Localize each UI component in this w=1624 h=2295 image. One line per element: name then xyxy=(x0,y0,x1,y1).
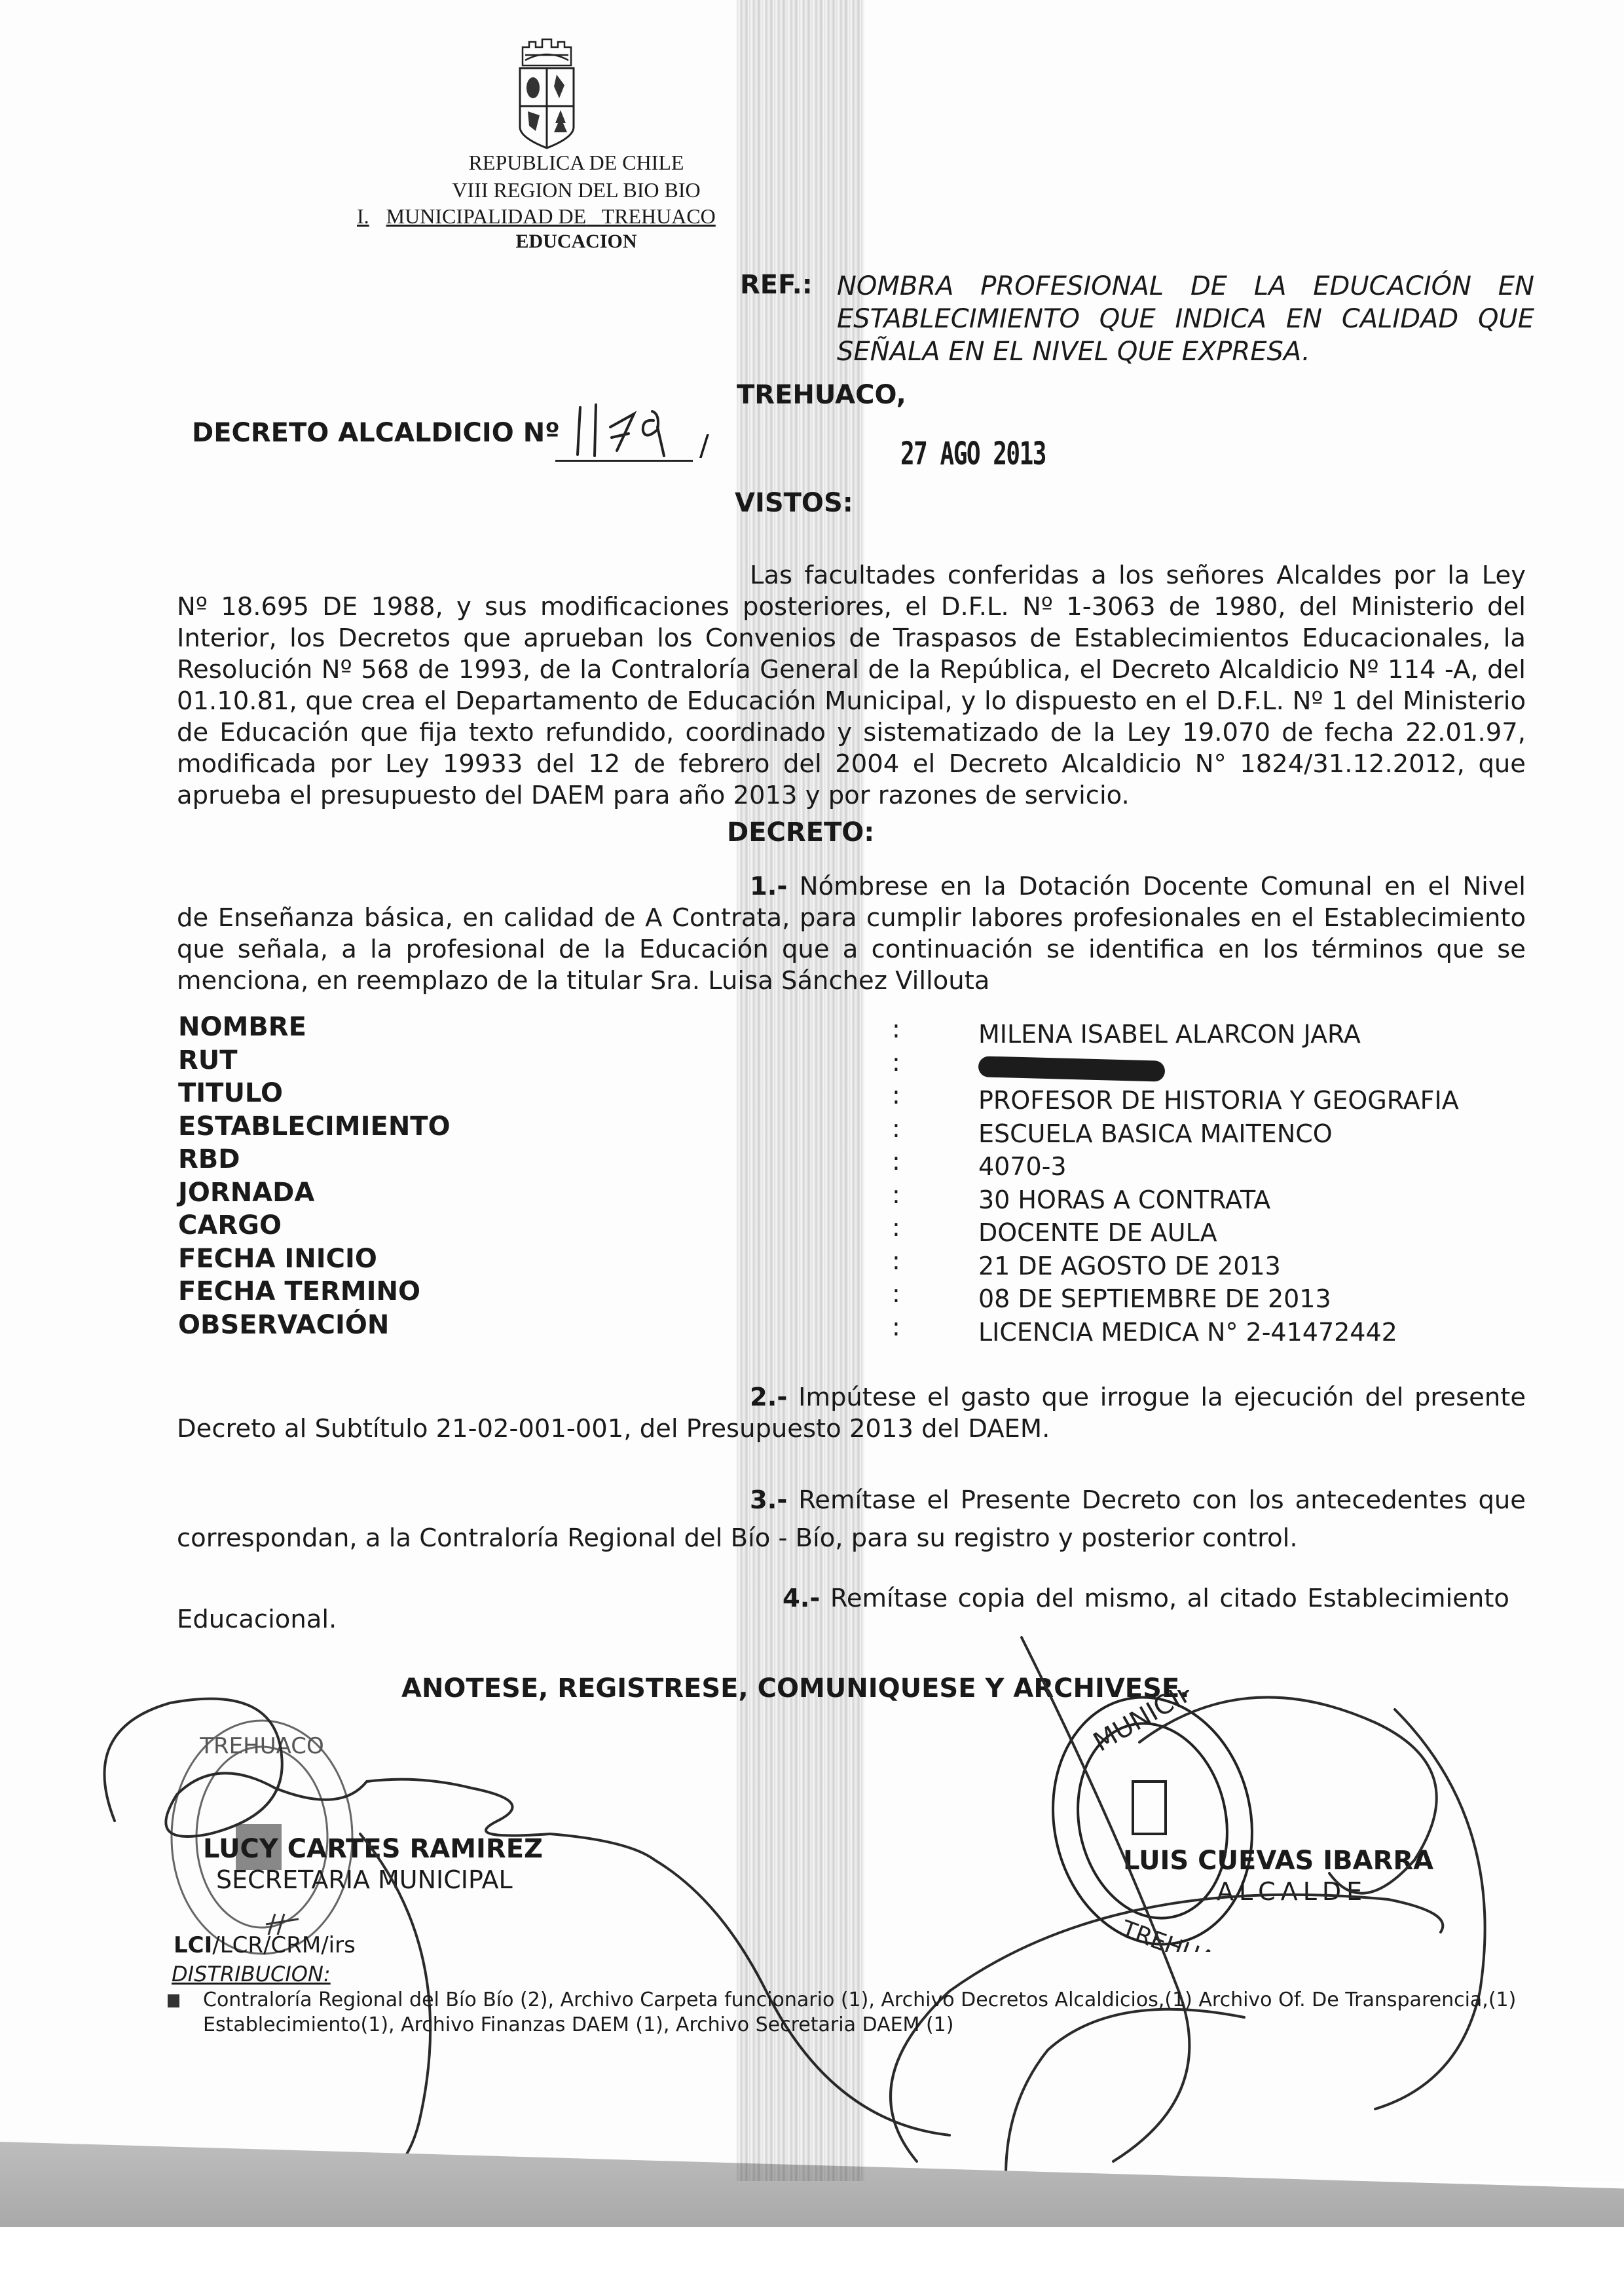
field-separator: : xyxy=(892,1213,900,1242)
municipality-prefix: I. xyxy=(357,204,369,228)
table-row: OBSERVACIÓN:LICENCIA MEDICA N° 2-4147244… xyxy=(178,1310,1357,1343)
field-label: CARGO xyxy=(178,1210,282,1241)
date-stamp: 27 AGO 2013 xyxy=(900,436,1046,472)
decree-number-label: DECRETO ALCALDICIO Nº xyxy=(192,418,560,448)
signatory-left-role: SECRETARIA MUNICIPAL xyxy=(216,1865,513,1894)
article-number: 2.- xyxy=(750,1383,787,1412)
signatory-right-name: LUIS CUEVAS IBARRA xyxy=(1123,1846,1433,1876)
field-label: JORNADA xyxy=(178,1178,314,1208)
field-separator: : xyxy=(892,1048,900,1077)
article-text: Impútese el gasto que irrogue la ejecuci… xyxy=(177,1383,1526,1444)
field-value: LICENCIA MEDICA N° 2-41472442 xyxy=(978,1318,1397,1347)
article-text: Remítase copia del mismo, al citado Esta… xyxy=(830,1584,1509,1613)
field-value: DOCENTE DE AULA xyxy=(978,1218,1217,1247)
appointment-table: NOMBRE:MILENA ISABEL ALARCON JARARUT:TIT… xyxy=(178,1012,1357,1343)
field-value: 08 DE SEPTIEMBRE DE 2013 xyxy=(978,1284,1331,1313)
table-row: CARGO:DOCENTE DE AULA xyxy=(178,1210,1357,1244)
article-2: 2.- Impútese el gasto que irrogue la eje… xyxy=(177,1382,1526,1445)
vistos-paragraph: Las facultades conferidas a los señores … xyxy=(177,560,1526,812)
decree-number-underline xyxy=(555,460,693,462)
header-municipality: I.MUNICIPALIDAD DE TREHUACO xyxy=(357,204,750,229)
field-value: PROFESOR DE HISTORIA Y GEOGRAFIA xyxy=(978,1086,1459,1115)
decreto-heading: DECRETO: xyxy=(727,817,874,848)
article-number: 4.- xyxy=(783,1584,820,1613)
vistos-heading: VISTOS: xyxy=(735,488,853,518)
signatory-left-name: LUCY CARTES RAMIREZ xyxy=(203,1834,543,1864)
municipality-city: TREHUACO xyxy=(602,204,716,228)
decree-number-slash: / xyxy=(699,429,709,462)
field-separator: : xyxy=(892,1246,900,1275)
table-row: JORNADA:30 HORAS A CONTRATA xyxy=(178,1178,1357,1211)
field-separator: : xyxy=(892,1313,900,1341)
reference-label: REF.: xyxy=(740,270,813,300)
document-page: REPUBLICA DE CHILE VIII REGION DEL BIO B… xyxy=(0,0,1624,2181)
table-row: FECHA TERMINO:08 DE SEPTIEMBRE DE 2013 xyxy=(178,1277,1357,1310)
table-row: RUT: xyxy=(178,1045,1357,1079)
field-separator: : xyxy=(892,1081,900,1110)
distribution-list: Contraloría Regional del Bío Bío (2), Ar… xyxy=(203,1988,1565,2038)
svg-text:MUNICIP: MUNICIP xyxy=(1088,1690,1200,1758)
article-number: 3.- xyxy=(750,1485,787,1515)
field-label: FECHA INICIO xyxy=(178,1244,377,1274)
article-text: Remítase el Presente Decreto con los ant… xyxy=(177,1485,1526,1553)
signatory-right-role: ALCALDE xyxy=(1217,1877,1367,1906)
field-value: MILENA ISABEL ALARCON JARA xyxy=(978,1020,1361,1049)
handwritten-decree-number: 1179 xyxy=(568,401,680,460)
reference-text: NOMBRA PROFESIONAL DE LA EDUCACIÓN EN ES… xyxy=(837,270,1534,368)
article-1: 1.- Nómbrese en la Dotación Docente Comu… xyxy=(177,871,1526,997)
field-label: ESTABLECIMIENTO xyxy=(178,1111,451,1142)
field-label: FECHA TERMINO xyxy=(178,1277,420,1307)
field-separator: : xyxy=(892,1147,900,1176)
field-value: ESCUELA BASICA MAITENCO xyxy=(978,1119,1333,1148)
table-row: TITULO:PROFESOR DE HISTORIA Y GEOGRAFIA xyxy=(178,1078,1357,1111)
municipal-seal-right-icon: MUNICIP TREHUACO xyxy=(1041,1690,1264,1952)
redacted-value xyxy=(978,1053,1165,1082)
header-region: VIII REGION DEL BIO BIO xyxy=(393,178,760,202)
article-3: 3.- Remítase el Presente Decreto con los… xyxy=(177,1482,1526,1558)
field-label: TITULO xyxy=(178,1078,283,1108)
field-separator: : xyxy=(892,1114,900,1143)
distribution-line: Establecimiento(1), Archivo Finanzas DAE… xyxy=(203,2013,1565,2038)
drafting-initials: LCI/LCR/CRM/irs xyxy=(174,1932,356,1958)
bullet-square-icon xyxy=(168,1994,179,2007)
article-text: Nómbrese en la Dotación Docente Comunal … xyxy=(177,872,1526,996)
field-value: 4070-3 xyxy=(978,1152,1067,1181)
distribution-heading: DISTRIBUCION: xyxy=(172,1962,331,1987)
table-row: RBD:4070-3 xyxy=(178,1144,1357,1178)
field-label: NOMBRE xyxy=(178,1012,306,1042)
place-name: TREHUACO, xyxy=(737,380,906,410)
distribution-line: Contraloría Regional del Bío Bío (2), Ar… xyxy=(203,1988,1565,2013)
field-value: 21 DE AGOSTO DE 2013 xyxy=(978,1252,1281,1280)
table-row: FECHA INICIO:21 DE AGOSTO DE 2013 xyxy=(178,1244,1357,1277)
article-4-continuation: Educacional. xyxy=(177,1605,337,1634)
table-row: ESTABLECIMIENTO:ESCUELA BASICA MAITENCO xyxy=(178,1111,1357,1145)
field-separator: : xyxy=(892,1279,900,1308)
municipality-name: MUNICIPALIDAD DE TREHUACO xyxy=(386,204,716,228)
header-department: EDUCACION xyxy=(393,231,760,253)
field-label: RUT xyxy=(178,1045,238,1075)
header-country: REPUBLICA DE CHILE xyxy=(393,151,760,175)
article-number: 1.- xyxy=(750,872,787,901)
field-separator: : xyxy=(892,1180,900,1209)
initials-bold: LCI xyxy=(174,1932,212,1958)
svg-text:TREHUACO: TREHUACO xyxy=(199,1733,324,1759)
coat-of-arms-icon xyxy=(517,34,576,151)
svg-text:TREHUACO: TREHUACO xyxy=(1117,1916,1251,1952)
field-label: RBD xyxy=(178,1144,240,1174)
field-label: OBSERVACIÓN xyxy=(178,1310,389,1340)
municipality-label: MUNICIPALIDAD DE xyxy=(386,204,586,228)
initials-rest: /LCR/CRM/irs xyxy=(212,1932,356,1958)
field-value: 30 HORAS A CONTRATA xyxy=(978,1185,1270,1214)
field-separator: : xyxy=(892,1015,900,1043)
article-4: 4.- Remítase copia del mismo, al citado … xyxy=(783,1584,1509,1613)
table-row: NOMBRE:MILENA ISABEL ALARCON JARA xyxy=(178,1012,1357,1045)
